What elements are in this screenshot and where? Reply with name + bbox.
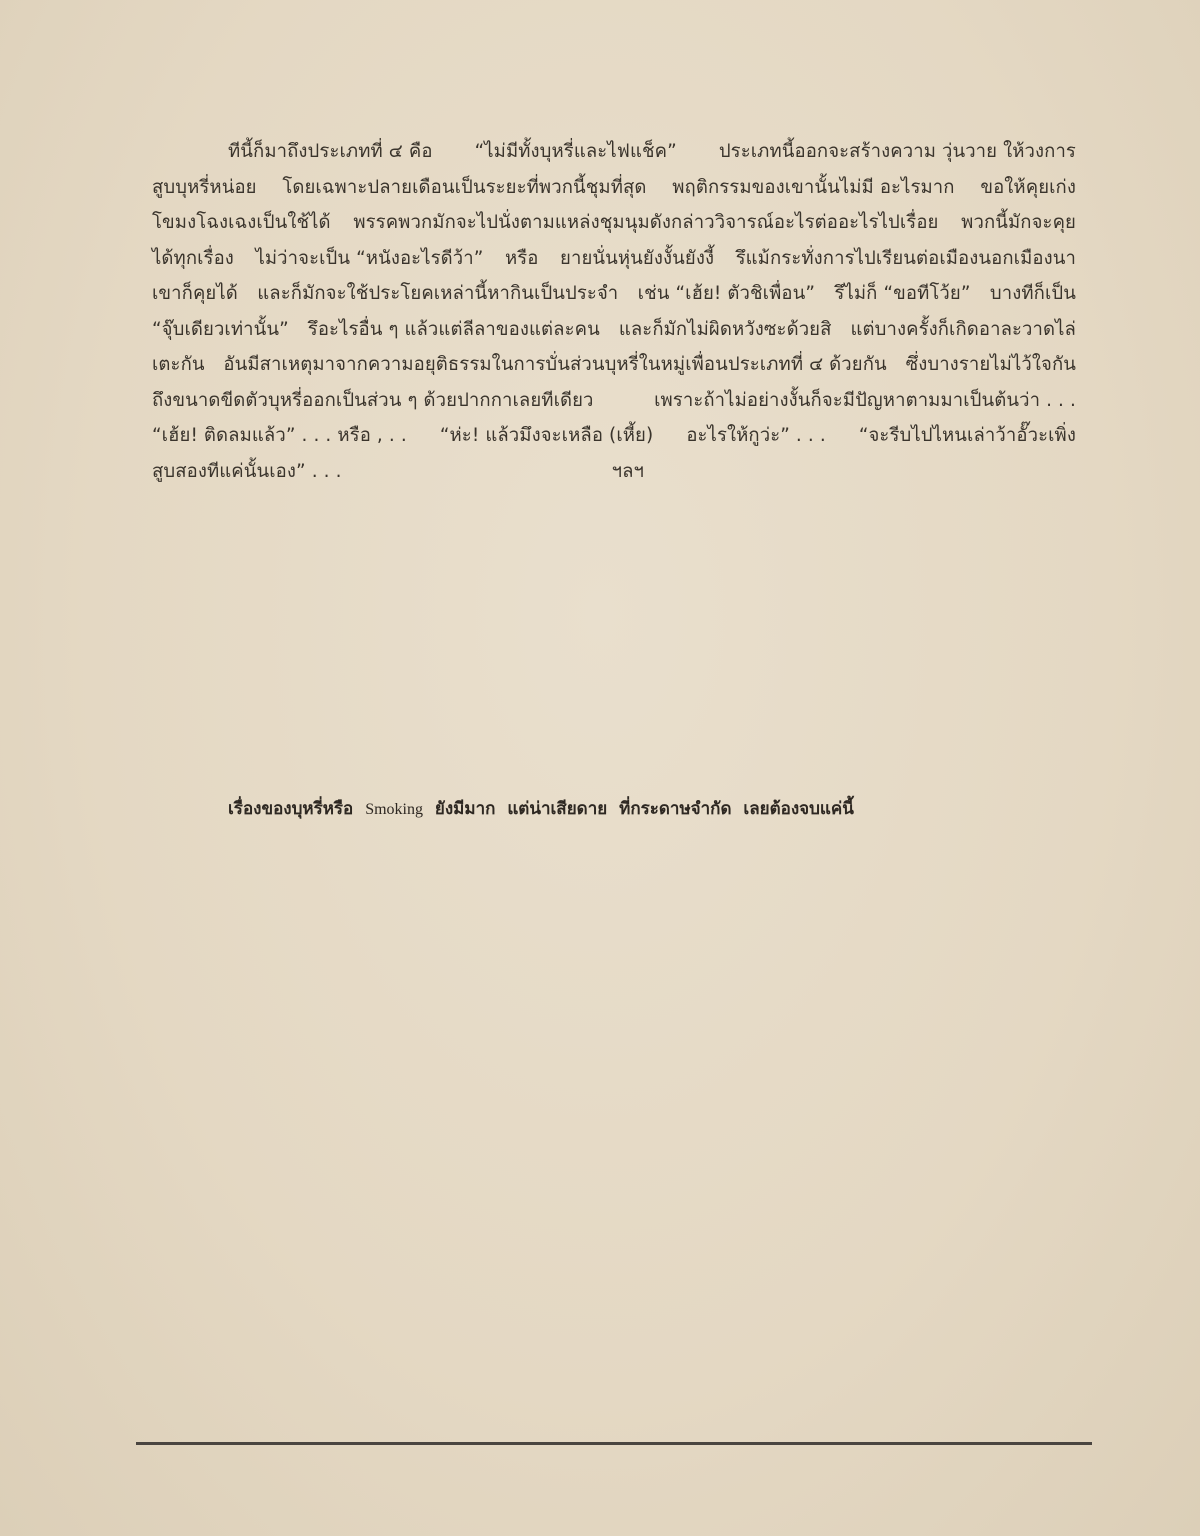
- text-line: สูบสองทีแค่นั้นเอง” . . . ฯลฯ: [152, 454, 1076, 490]
- etc-mark: ฯลฯ: [612, 454, 644, 490]
- text-line: ทีนี้ก็มาถึงประเภทที่ ๔ คือ “ไม่มีทั้งบุ…: [152, 134, 1076, 170]
- text-line: สูบบุหรี่หน่อย โดยเฉพาะปลายเดือนเป็นระยะ…: [152, 170, 1076, 206]
- text-line: “จุ๊บเดียวเท่านั้น” รึอะไรอื่น ๆ แล้วแต่…: [152, 312, 1076, 348]
- paragraph-type-4: ทีนี้ก็มาถึงประเภทที่ ๔ คือ “ไม่มีทั้งบุ…: [152, 134, 1076, 489]
- text-line: “เฮ้ย! ติดลมแล้ว” . . . หรือ , . . “ห่ะ!…: [152, 418, 1076, 454]
- text-line: ได้ทุกเรื่อง ไม่ว่าจะเป็น “หนังอะไรดีว้า…: [152, 241, 1076, 277]
- text-line: เขาก็คุยได้ และก็มักจะใช้ประโยคเหล่านี้ห…: [152, 276, 1076, 312]
- closing-note: เรื่องของบุหรี่หรือ Smoking ยังมีมาก แต่…: [228, 795, 988, 822]
- text-line: โขมงโฉงเฉงเป็นใช้ได้ พรรคพวกมักจะไปนั่งต…: [152, 205, 1076, 241]
- scanned-page: ทีนี้ก็มาถึงประเภทที่ ๔ คือ “ไม่มีทั้งบุ…: [0, 0, 1200, 1536]
- text-line: ถึงขนาดขีดตัวบุหรี่ออกเป็นส่วน ๆ ด้วยปาก…: [152, 383, 1076, 419]
- horizontal-rule: [136, 1442, 1092, 1445]
- text-line: เตะกัน อันมีสาเหตุมาจากความอยุติธรรมในกา…: [152, 347, 1076, 383]
